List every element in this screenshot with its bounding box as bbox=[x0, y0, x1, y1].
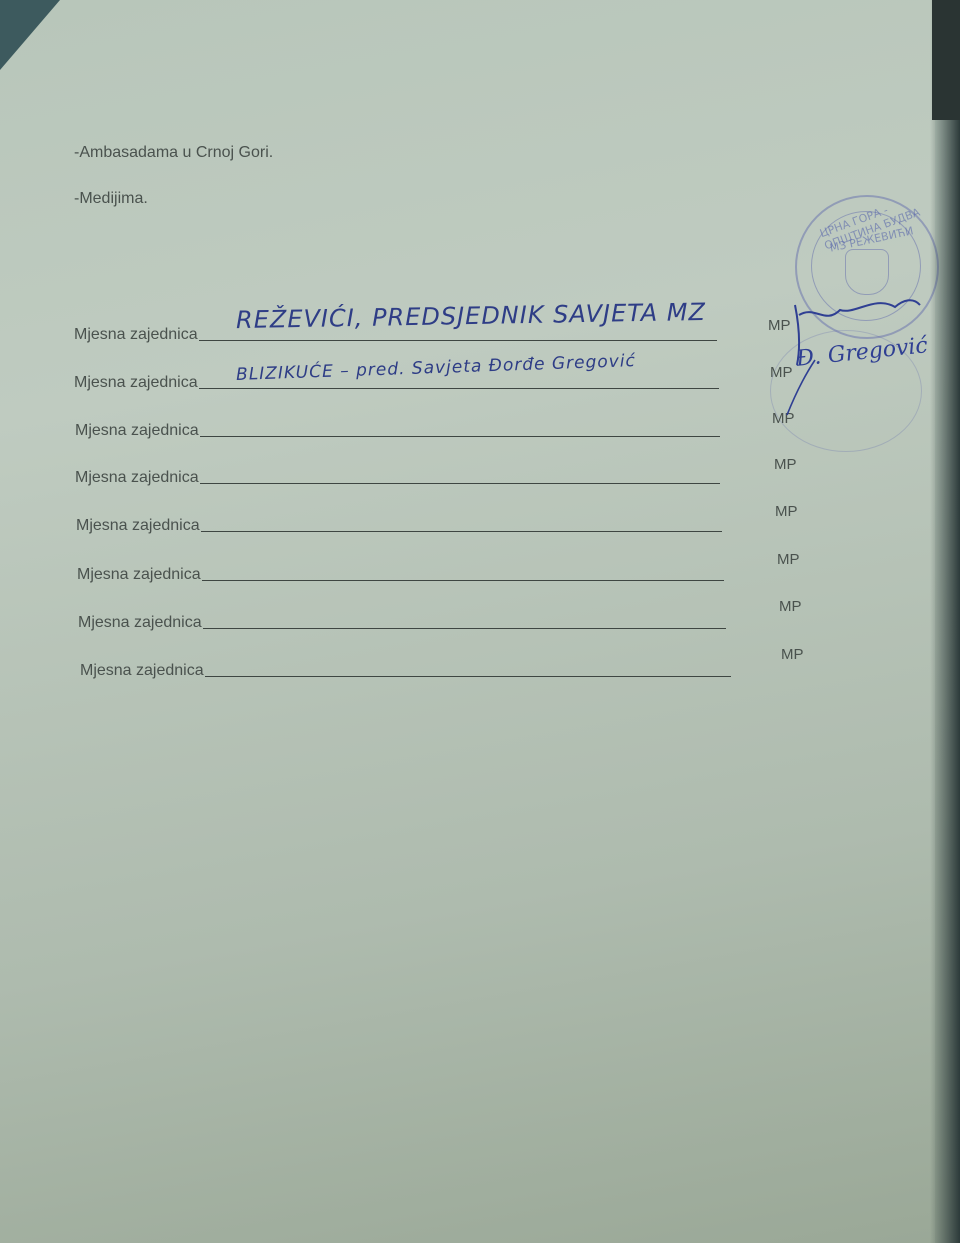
row-label: Mjesna zajednica bbox=[76, 517, 200, 535]
row-label: Mjesna zajednica bbox=[80, 662, 204, 680]
row-label: Mjesna zajednica bbox=[77, 566, 201, 584]
signature-line[interactable] bbox=[203, 627, 726, 629]
row-label: Mjesna zajednica bbox=[74, 326, 198, 344]
page-corner-shadow bbox=[0, 0, 60, 70]
mp-label: MP bbox=[781, 646, 804, 663]
signature-line[interactable] bbox=[200, 435, 720, 437]
signature-line[interactable] bbox=[201, 530, 722, 532]
signature-row: Mjesna zajednica bbox=[78, 614, 726, 632]
row-label: Mjesna zajednica bbox=[75, 469, 199, 487]
mp-label: MP bbox=[774, 456, 797, 473]
signature-line[interactable] bbox=[199, 339, 717, 341]
signature-line[interactable] bbox=[200, 482, 720, 484]
row-label: Mjesna zajednica bbox=[74, 374, 198, 392]
recipient-media: -Medijima. bbox=[74, 190, 148, 208]
page-edge-shadow bbox=[930, 0, 960, 1243]
signature-row: Mjesna zajednica bbox=[75, 422, 720, 440]
row-label: Mjesna zajednica bbox=[75, 422, 199, 440]
mp-label: MP bbox=[777, 551, 800, 568]
row-label: Mjesna zajednica bbox=[78, 614, 202, 632]
signature-row: Mjesna zajednica bbox=[77, 566, 724, 584]
signature-row: Mjesna zajednica bbox=[76, 517, 722, 535]
mp-label: MP bbox=[779, 598, 802, 615]
recipient-embassies: -Ambasadama u Crnoj Gori. bbox=[74, 144, 273, 162]
background-surface bbox=[932, 0, 960, 120]
document-page: -Ambasadama u Crnoj Gori. -Medijima. ЦРН… bbox=[0, 0, 935, 1243]
signature-row: Mjesna zajednica bbox=[75, 469, 720, 487]
signature-row: Mjesna zajednica bbox=[80, 662, 731, 680]
signature-line[interactable] bbox=[202, 579, 724, 581]
signature-line[interactable] bbox=[205, 675, 731, 677]
mp-label: MP bbox=[775, 503, 798, 520]
signature-line[interactable] bbox=[199, 387, 719, 389]
